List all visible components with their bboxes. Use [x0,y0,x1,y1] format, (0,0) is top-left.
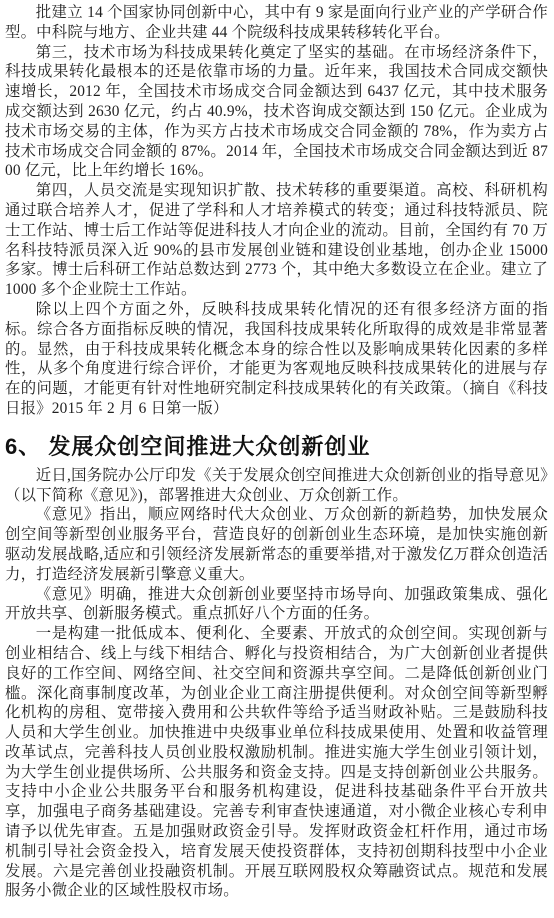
document-page: 批建立 14 个国家协同创新中心，其中有 9 家是面向行业产业的产学研合作型。中… [0,0,554,918]
section-heading-makerspace: 6、 发展众创空间推进大众创新创业 [5,433,548,461]
paragraph-opinion-points: 《意见》指出，顺应网络时代大众创业、万众创新的新趋势，加快发展众创空间等新型创业… [5,505,548,584]
paragraph-personnel-exchange: 第四，人员交流是实现知识扩散、技术转移的重要渠道。高校、科研机构通过联合培养人才… [5,181,548,300]
paragraph-opinion-principles: 《意见》明确，推进大众创新创业要坚持市场导向、加强政策集成、强化开放共享、创新服… [5,585,548,625]
paragraph-technology-market: 第三，技术市场为科技成果转化奠定了坚实的基础。在市场经济条件下，科技成果转化最根… [5,43,548,182]
paragraph-guideline-issued: 近日,国务院办公厅印发《关于发展众创空间推进大众创新创业的指导意见》（以下简称《… [5,466,548,506]
paragraph-collaboration-platforms: 批建立 14 个国家协同创新中心，其中有 9 家是面向行业产业的产学研合作型。中… [5,3,548,43]
paragraph-summary-citation: 除以上四个方面之外，反映科技成果转化情况的还有很多经济方面的指标。综合各方面指标… [5,300,548,419]
paragraph-eight-tasks: 一是构建一批低成本、便利化、全要素、开放式的众创空间。实现创新与创业相结合、线上… [5,624,548,901]
